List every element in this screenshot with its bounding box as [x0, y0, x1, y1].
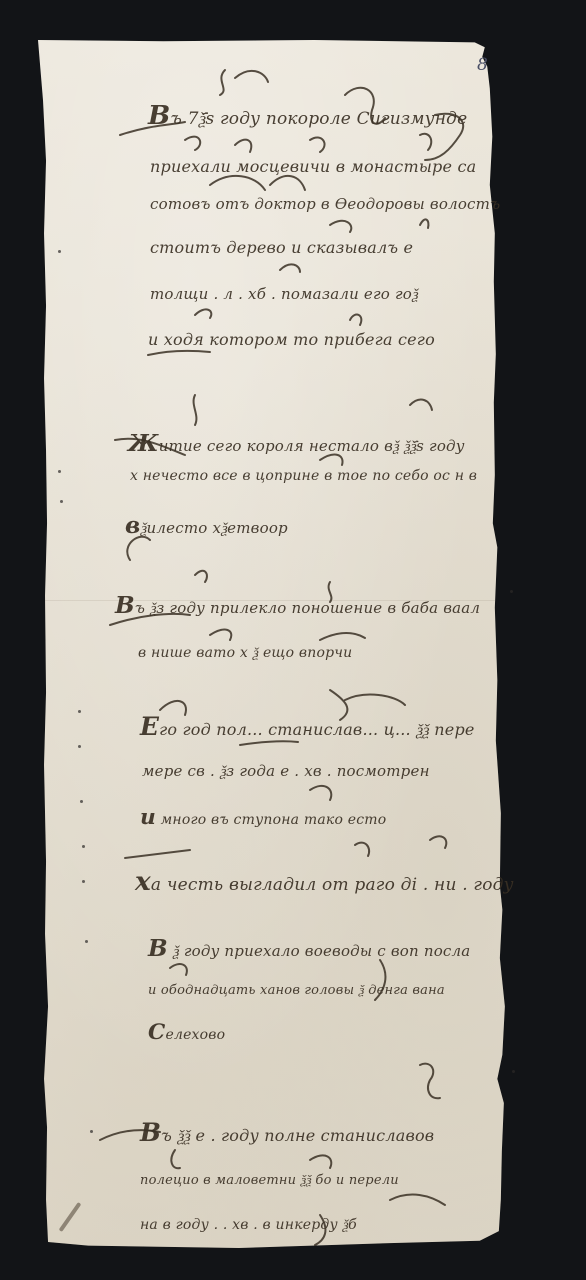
manuscript-line: Въ ѯѯ е . году полне станиславов [140, 1118, 434, 1147]
ink-speck [80, 800, 83, 803]
ink-speck [85, 940, 88, 943]
manuscript-line: Житие сего короля нестало вѯ ѯѯ҃ѕ году [128, 430, 465, 457]
manuscript-line: ха честь выгладил от раго ді . ни . году [135, 866, 514, 897]
manuscript-line: Его год пол... станислав... ц... ѯѯ пере [140, 712, 475, 741]
manuscript-line: В ѯ году приехало воеводы с воп посла [148, 935, 470, 962]
ink-speck [78, 745, 81, 748]
manuscript-line: приехали мосцевичи в монастыре са [150, 157, 476, 176]
ink-speck [512, 1070, 515, 1073]
ink-speck [78, 710, 81, 713]
manuscript-line: стоитъ дерево и сказывалъ е [150, 238, 413, 257]
manuscript-line: на в году . . хв . в инкерду ѯб [140, 1217, 357, 1234]
manuscript-line: и много въ ступона тако есто [140, 805, 386, 830]
manuscript-page [38, 40, 540, 1248]
ink-speck [510, 590, 513, 593]
page-number: 8 [477, 55, 488, 75]
manuscript-line: х нечесто все в цоприне в тое по себо ос… [130, 468, 477, 484]
ink-speck [58, 250, 61, 253]
ink-speck [60, 500, 63, 503]
ink-speck [82, 845, 85, 848]
manuscript-line: Селехово [148, 1020, 225, 1045]
manuscript-line: Въ ѯз году прилекло поношение в баба ваа… [115, 592, 480, 619]
manuscript-line: сотовъ отъ доктор в Ѳеодоровы волостъ [150, 195, 500, 213]
ink-speck [90, 1130, 93, 1133]
ink-speck [58, 470, 61, 473]
manuscript-line: вѯилесто хѯетвоор [125, 512, 288, 539]
manuscript-line: Въ 7ѯ҃ѕ году покороле Сигизмунде [148, 100, 467, 131]
manuscript-line: и ободнадцать ханов головы ѯ денга вана [148, 982, 445, 998]
manuscript-line: полецио в маловетни ѯѯ бо и перели [140, 1172, 399, 1188]
scan-background: 8 Въ 7ѯ҃ѕ году покороле Сигизмунде приех… [0, 0, 586, 1280]
manuscript-line: и ходя котором то прибега сего [148, 330, 435, 349]
ink-speck [82, 880, 85, 883]
manuscript-line: в нише вато х ѯ ещо впорчи [138, 645, 352, 662]
manuscript-line: толщи . л . хб . помазали его гоѯ [150, 285, 418, 304]
manuscript-line: мере св . ѯз года е . хв . посмотрен [142, 762, 430, 781]
